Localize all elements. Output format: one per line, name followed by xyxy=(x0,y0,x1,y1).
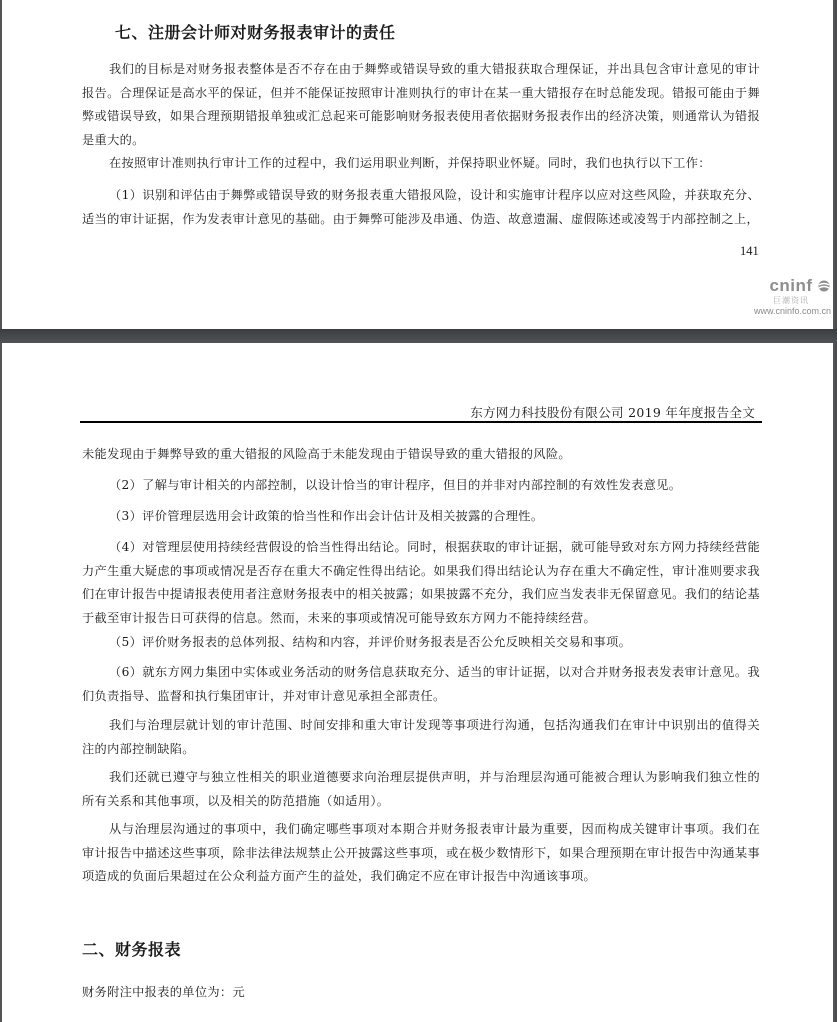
cninfo-brand: cninf xyxy=(769,276,812,295)
cninfo-url: www.cninfo.com.cn xyxy=(711,306,831,316)
paragraph: 从与治理层沟通过的事项中，我们确定哪些事项对本期合并财务报表审计最为重要，因而构… xyxy=(82,818,760,889)
cninfo-logo-icon xyxy=(817,280,831,292)
document-page-141: 七、注册会计师对财务报表审计的责任 我们的目标是对财务报表整体是否不存在由于舞弊… xyxy=(0,0,835,329)
running-header: 东方网力科技股份有限公司 2019 年年度报告全文 xyxy=(470,403,755,421)
cninfo-watermark: cninf 巨潮资讯 www.cninfo.com.cn xyxy=(711,278,831,316)
unit-note: 财务附注中报表的单位为：元 xyxy=(82,983,245,1000)
paragraph: （1）识别和评估由于舞弊或错误导致的财务报表重大错报风险，设计和实施审计程序以应… xyxy=(82,184,760,231)
paragraph: （5）评价财务报表的总体列报、结构和内容，并评价财务报表是否公允反映相关交易和事… xyxy=(82,631,760,655)
document-page-142: 东方网力科技股份有限公司 2019 年年度报告全文 未能发现由于舞弊导致的重大错… xyxy=(0,343,835,1022)
paragraph: 未能发现由于舞弊导致的重大错报的风险高于未能发现由于错误导致的重大错报的风险。 xyxy=(82,443,760,467)
cninfo-brand-cn: 巨潮资讯 xyxy=(711,295,809,306)
section-heading-auditor-responsibility: 七、注册会计师对财务报表审计的责任 xyxy=(115,20,396,43)
paragraph: （4）对管理层使用持续经营假设的恰当性得出结论。同时，根据获取的审计证据，就可能… xyxy=(82,536,760,630)
paragraph: 我们还就已遵守与独立性相关的职业道德要求向治理层提供声明，并与治理层沟通可能被合… xyxy=(82,766,760,813)
paragraph: 在按照审计准则执行审计工作的过程中，我们运用职业判断，并保持职业怀疑。同时，我们… xyxy=(82,152,760,176)
paragraph: （2）了解与审计相关的内部控制，以设计恰当的审计程序，但目的并非对内部控制的有效… xyxy=(82,474,760,498)
header-rule xyxy=(80,421,762,423)
page-separator xyxy=(0,329,837,343)
page-number: 141 xyxy=(740,244,759,259)
paragraph: 我们的目标是对财务报表整体是否不存在由于舞弊或错误导致的重大错报获取合理保证，并… xyxy=(82,58,760,152)
paragraph: （3）评价管理层选用会计政策的恰当性和作出会计估计及相关披露的合理性。 xyxy=(82,505,760,529)
paragraph: （6）就东方网力集团中实体或业务活动的财务信息获取充分、适当的审计证据，以对合并… xyxy=(82,661,760,708)
section-heading-financial-statements: 二、财务报表 xyxy=(82,937,181,960)
paragraph: 我们与治理层就计划的审计范围、时间安排和重大审计发现等事项进行沟通，包括沟通我们… xyxy=(82,714,760,761)
